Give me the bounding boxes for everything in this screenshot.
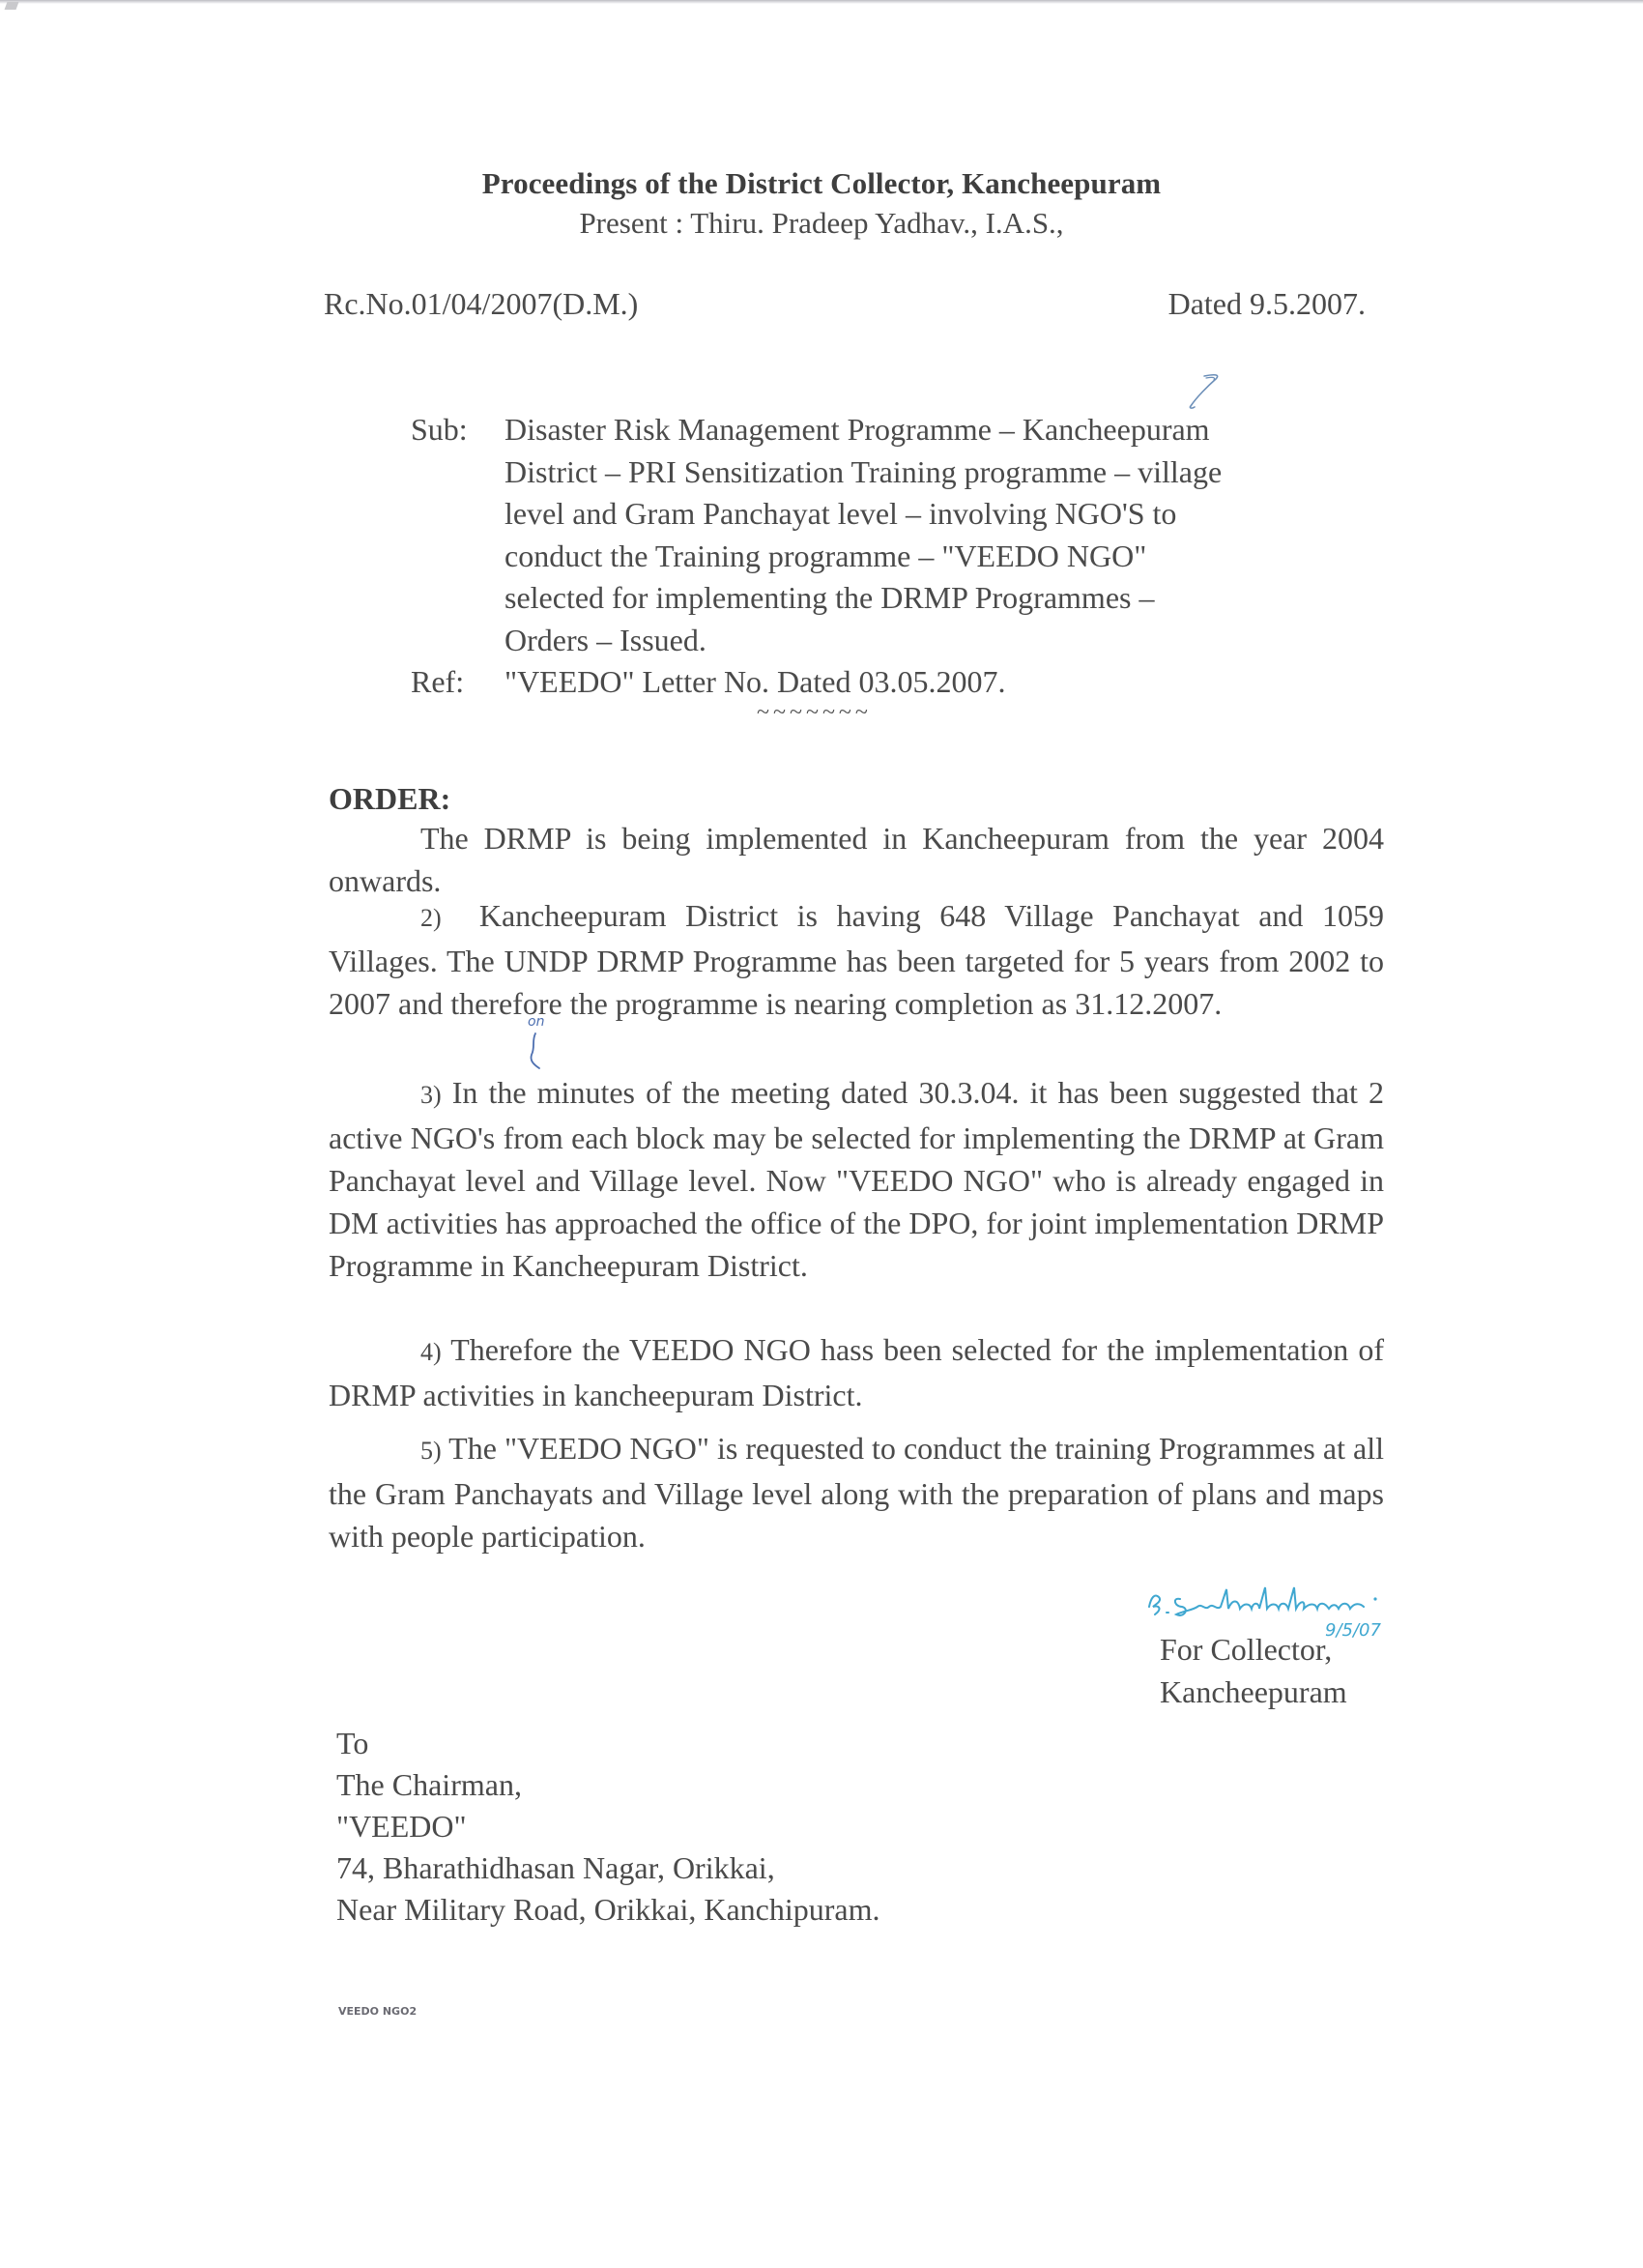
paragraph-text: The "VEEDO NGO" is requested to conduct … bbox=[329, 1431, 1384, 1554]
address-line: To bbox=[336, 1723, 880, 1764]
paragraph-text: The DRMP is being implemented in Kanchee… bbox=[329, 821, 1384, 898]
signatory-line: Kancheepuram bbox=[1160, 1671, 1347, 1713]
paragraph-text: Therefore the VEEDO NGO hass been select… bbox=[329, 1332, 1384, 1412]
paragraph-number: 4) bbox=[420, 1338, 442, 1366]
reference-number: Rc.No.01/04/2007(D.M.) bbox=[324, 286, 638, 322]
subject-line: level and Gram Panchayat level – involvi… bbox=[504, 493, 1377, 536]
footer-file-code: VEEDO NGO2 bbox=[338, 2005, 417, 2018]
reference-label: Ref: bbox=[411, 661, 504, 704]
paragraph-number: 5) bbox=[420, 1437, 442, 1465]
subject-line: conduct the Training programme – "VEEDO … bbox=[504, 536, 1377, 578]
document-date: Dated 9.5.2007. bbox=[1168, 286, 1366, 322]
subject-text: Disaster Risk Management Programme – Kan… bbox=[504, 409, 1377, 661]
signatory-block: For Collector, Kancheepuram bbox=[1160, 1628, 1347, 1713]
handwritten-insertion-mark-icon: on bbox=[522, 1012, 561, 1080]
paragraph-number: 3) bbox=[420, 1081, 442, 1109]
subject-line: selected for implementing the DRMP Progr… bbox=[504, 577, 1377, 620]
address-line: Near Military Road, Orikkai, Kanchipuram… bbox=[336, 1889, 880, 1931]
present-officer-line: Present : Thiru. Pradeep Yadhav., I.A.S.… bbox=[0, 206, 1643, 241]
order-paragraph-5: 5) The "VEEDO NGO" is requested to condu… bbox=[329, 1427, 1384, 1557]
paragraph-text: In the minutes of the meeting dated 30.3… bbox=[329, 1075, 1384, 1283]
handwritten-insertion-text: on bbox=[528, 1014, 544, 1030]
document-heading: Proceedings of the District Collector, K… bbox=[0, 166, 1643, 201]
address-line: "VEEDO" bbox=[336, 1806, 880, 1847]
section-separator: ~~~~~~~ bbox=[757, 700, 872, 726]
subject-label: Sub: bbox=[411, 409, 504, 661]
pen-tick-mark-icon bbox=[1177, 372, 1235, 411]
reference-row: Ref: "VEEDO" Letter No. Dated 03.05.2007… bbox=[411, 661, 1377, 704]
subject-line: District – PRI Sensitization Training pr… bbox=[504, 451, 1377, 494]
order-paragraph-3: 3) In the minutes of the meeting dated 3… bbox=[329, 1071, 1384, 1287]
order-paragraph-2: 2) Kancheepuram District is having 648 V… bbox=[329, 894, 1384, 1025]
reference-text: "VEEDO" Letter No. Dated 03.05.2007. bbox=[504, 661, 1377, 704]
address-line: 74, Bharathidhasan Nagar, Orikkai, bbox=[336, 1847, 880, 1889]
addressee-block: To The Chairman, "VEEDO" 74, Bharathidha… bbox=[336, 1723, 880, 1931]
address-line: The Chairman, bbox=[336, 1764, 880, 1806]
order-paragraph-1: The DRMP is being implemented in Kanchee… bbox=[329, 817, 1384, 902]
subject-line: Orders – Issued. bbox=[504, 620, 1377, 662]
subject-line: Disaster Risk Management Programme – Kan… bbox=[504, 409, 1377, 451]
paragraph-text: Kancheepuram District is having 648 Vill… bbox=[329, 898, 1384, 1021]
order-paragraph-4: 4) Therefore the VEEDO NGO hass been sel… bbox=[329, 1328, 1384, 1416]
signatory-line: For Collector, bbox=[1160, 1628, 1347, 1671]
paragraph-number: 2) bbox=[420, 904, 442, 932]
subject-row: Sub: Disaster Risk Management Programme … bbox=[411, 409, 1377, 661]
order-heading: ORDER: bbox=[329, 781, 450, 817]
scan-edge-artifact bbox=[0, 0, 1643, 4]
scan-corner-artifact bbox=[5, 2, 19, 10]
subject-block: Sub: Disaster Risk Management Programme … bbox=[411, 409, 1377, 704]
